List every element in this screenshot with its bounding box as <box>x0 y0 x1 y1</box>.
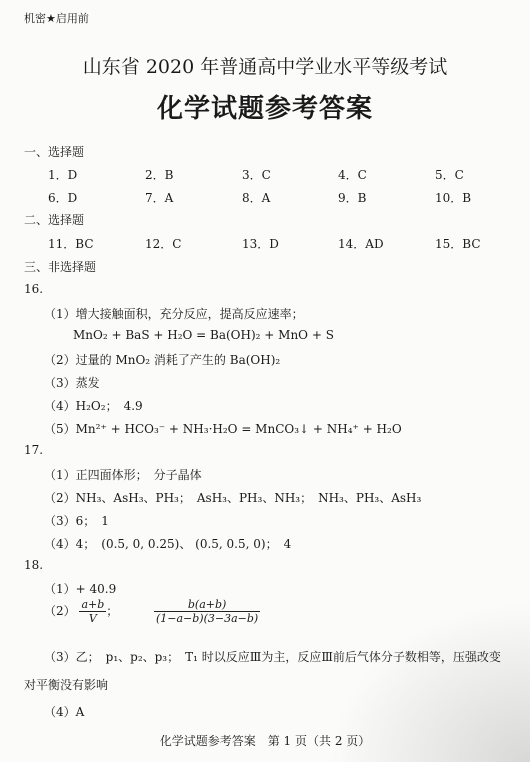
q17-part1: （1）正四面体形； 分子晶体 <box>44 466 202 483</box>
q16-part1-equation: MnO₂ + BaS + H₂O = Ba(OH)₂ + MnO + S <box>73 328 334 342</box>
mc-item: 12．C <box>145 235 181 252</box>
q18-part1: （1）+ 40.9 <box>44 580 116 597</box>
mc-item: 6．D <box>48 189 77 206</box>
mc-item: 3．C <box>242 166 271 183</box>
q16-part3: （3）蒸发 <box>44 374 100 391</box>
q18-part3: （3）乙； p₁、p₂、p₃； T₁ 时以反应Ⅲ为主，反应Ⅲ前后气体分子数相等，… <box>44 648 501 665</box>
q17-part3: （3）6； 1 <box>44 512 109 529</box>
mc-item: 2．B <box>145 166 173 183</box>
mc-item: 8．A <box>242 189 270 206</box>
page-footer: 化学试题参考答案 第 1 页（共 2 页） <box>0 732 530 749</box>
mc-item: 11．BC <box>48 235 94 252</box>
q16-part2: （2）过量的 MnO₂ 消耗了产生的 Ba(OH)₂ <box>44 351 280 368</box>
question-18-label: 18. <box>24 558 43 572</box>
mc-item: 13．D <box>242 235 279 252</box>
q18-part2: （2） a+bV； b(a+b)(1−a−b)(3−3a−b) <box>44 598 260 625</box>
mc-item: 4．C <box>338 166 367 183</box>
mc-item: 10．B <box>435 189 471 206</box>
section-heading-2: 二、选择题 <box>24 211 84 228</box>
fraction-equilibrium-constant: b(a+b)(1−a−b)(3−3a−b) <box>154 598 260 625</box>
q18-part3-continued: 对平衡没有影响 <box>24 676 108 693</box>
q17-part4: （4）4； (0.5, 0, 0.25)、 (0.5, 0.5, 0)； 4 <box>44 535 291 552</box>
section-heading-1: 一、选择题 <box>24 143 84 160</box>
q16-part5: （5）Mn²⁺ + HCO₃⁻ + NH₃·H₂O = MnCO₃↓ + NH₄… <box>44 420 402 437</box>
document-title: 化学试题参考答案 <box>0 88 530 125</box>
q16-part1: （1）增大接触面积，充分反应，提高反应速率； <box>44 305 304 322</box>
mc-item: 9．B <box>338 189 366 206</box>
mc-item: 7．A <box>145 189 173 206</box>
q16-part4: （4）H₂O₂； 4.9 <box>44 397 143 414</box>
question-16-label: 16. <box>24 282 43 296</box>
confidential-label: 机密★启用前 <box>24 10 89 26</box>
mc-item: 14．AD <box>338 235 384 252</box>
mc-item: 5．C <box>435 166 464 183</box>
fraction-concentration: a+bV <box>79 598 106 625</box>
exam-title: 山东省 2020 年普通高中学业水平等级考试 <box>0 52 530 79</box>
q17-part2: （2）NH₃、AsH₃、PH₃； AsH₃、PH₃、NH₃； NH₃、PH₃、A… <box>44 489 421 506</box>
question-17-label: 17. <box>24 443 43 457</box>
mc-item: 1．D <box>48 166 77 183</box>
section-heading-3: 三、非选择题 <box>24 258 96 275</box>
q18-part4: （4）A <box>44 703 84 720</box>
mc-item: 15．BC <box>435 235 481 252</box>
